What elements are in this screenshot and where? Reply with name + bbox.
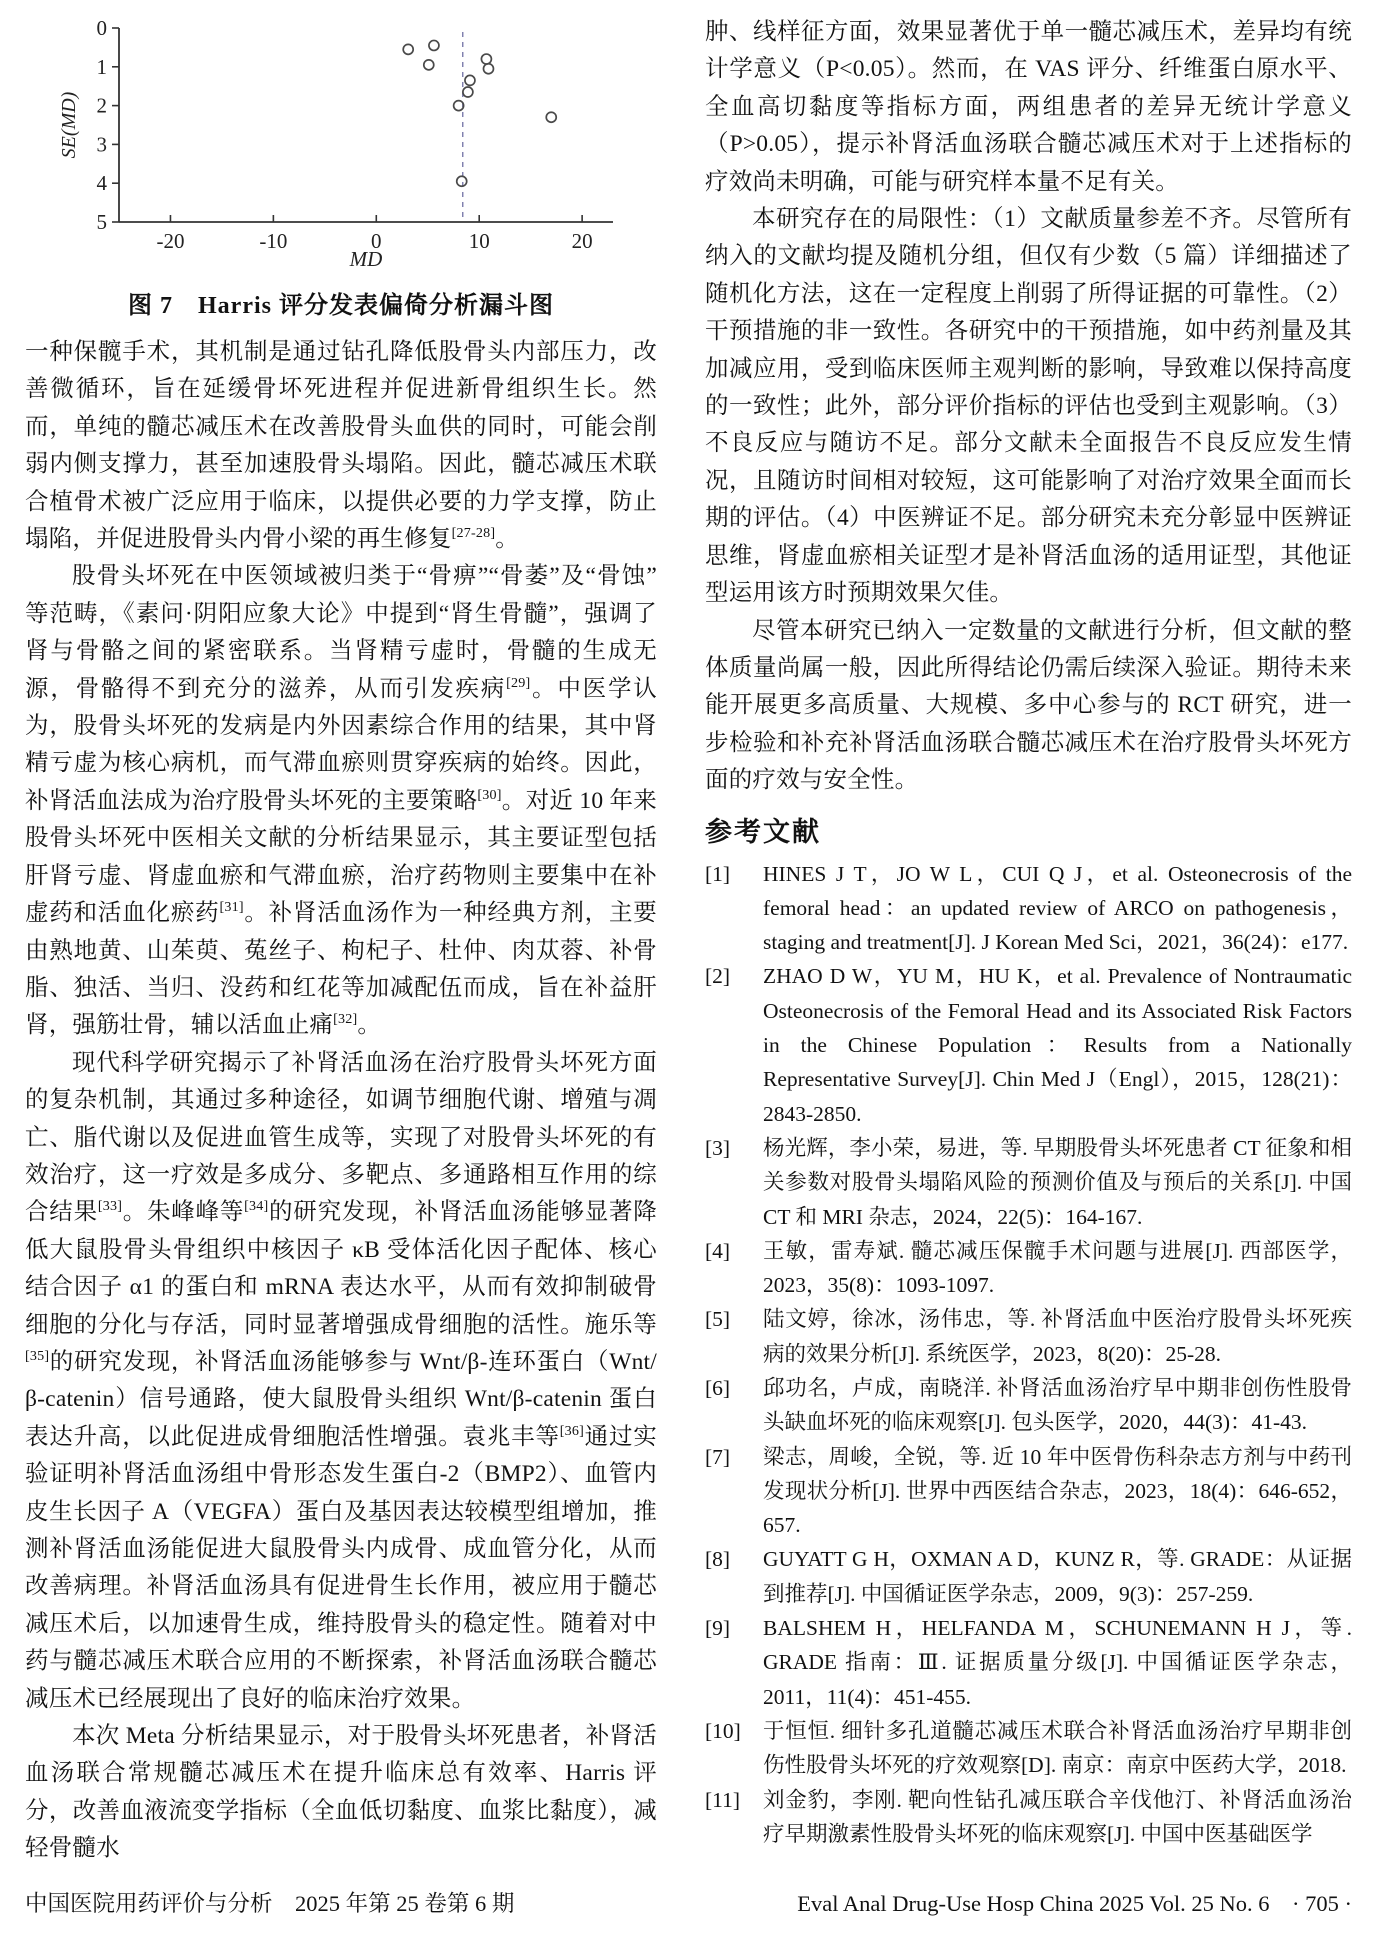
reference-number: [2] xyxy=(705,959,763,1130)
reference-number: [7] xyxy=(705,1440,763,1543)
references-heading: 参考文献 xyxy=(705,810,1352,849)
study-point xyxy=(546,112,556,122)
reference-item: [6] 邱功名，卢成，南晓洋. 补肾活血汤治疗早中期非创伤性股骨头缺血坏死的临床… xyxy=(705,1371,1352,1440)
reference-item: [3] 杨光辉，李小荣，易进，等. 早期股骨头坏死患者 CT 征象和相关参数对股… xyxy=(705,1131,1352,1234)
paragraph: 尽管本研究已纳入一定数量的文献进行分析，但文献的整体质量尚属一般，因此所得结论仍… xyxy=(705,613,1352,800)
funnel-plot-svg: 012345-20-1001020SE(MD)MD xyxy=(53,14,638,272)
reference-number: [8] xyxy=(705,1542,763,1611)
reference-item: [10] 于恒恒. 细针多孔道髓芯减压术联合补肾活血汤治疗早期非创伤性股骨头坏死… xyxy=(705,1714,1352,1783)
reference-text: 邱功名，卢成，南晓洋. 补肾活血汤治疗早中期非创伤性股骨头缺血坏死的临床观察[J… xyxy=(763,1371,1352,1440)
reference-item: [8] GUYATT G H，OXMAN A D，KUNZ R，等. GRADE… xyxy=(705,1542,1352,1611)
y-tick-label: 1 xyxy=(97,55,108,79)
study-point xyxy=(465,75,475,85)
reference-text: 梁志，周峻，全锐，等. 近 10 年中医骨伤科杂志方剂与中药刊发现状分析[J].… xyxy=(763,1440,1352,1543)
footer-journal-title-en-page: Eval Anal Drug-Use Hosp China 2025 Vol. … xyxy=(797,1886,1352,1918)
reference-text: 刘金豹，李刚. 靶向性钻孔减压联合辛伐他汀、补肾活血汤治疗早期激素性股骨头坏死的… xyxy=(763,1783,1352,1852)
y-tick-label: 2 xyxy=(97,94,108,118)
reference-text: 于恒恒. 细针多孔道髓芯减压术联合补肾活血汤治疗早期非创伤性股骨头坏死的疗效观察… xyxy=(763,1714,1352,1783)
reference-number: [11] xyxy=(705,1783,763,1852)
paragraph: 本研究存在的局限性：（1）文献质量参差不齐。尽管所有纳入的文献均提及随机分组，但… xyxy=(705,201,1352,612)
references-list: [1] HINES J T，JO W L，CUI Q J，et al. Oste… xyxy=(705,857,1352,1852)
x-tick-label: -20 xyxy=(156,229,184,253)
reference-number: [10] xyxy=(705,1714,763,1783)
reference-item: [2] ZHAO D W，YU M，HU K，et al. Prevalence… xyxy=(705,959,1352,1130)
reference-text: GUYATT G H，OXMAN A D，KUNZ R，等. GRADE：从证据… xyxy=(763,1542,1352,1611)
reference-item: [1] HINES J T，JO W L，CUI Q J，et al. Oste… xyxy=(705,857,1352,960)
reference-item: [9] BALSHEM H，HELFANDA M，SCHUNEMANN H J，… xyxy=(705,1611,1352,1714)
paragraph: 肿、线样征方面，效果显著优于单一髓芯减压术，差异均有统计学意义（P<0.05）。… xyxy=(705,14,1352,201)
reference-text: 陆文婷，徐冰，汤伟忠，等. 补肾活血中医治疗股骨头坏死疾病的效果分析[J]. 系… xyxy=(763,1302,1352,1371)
reference-text: 王敏，雷寿斌. 髓芯减压保髋手术问题与进展[J]. 西部医学，2023，35(8… xyxy=(763,1234,1352,1303)
paragraph: 本次 Meta 分析结果显示，对于股骨头坏死患者，补肾活血汤联合常规髓芯减压术在… xyxy=(25,1718,657,1868)
x-tick-label: 20 xyxy=(572,229,593,253)
reference-number: [1] xyxy=(705,857,763,960)
y-tick-label: 4 xyxy=(97,171,108,195)
study-point xyxy=(429,40,439,50)
paragraph: 现代科学研究揭示了补肾活血汤在治疗股骨头坏死方面的复杂机制，其通过多种途径，如调… xyxy=(25,1045,657,1718)
reference-text: ZHAO D W，YU M，HU K，et al. Prevalence of … xyxy=(763,959,1352,1130)
footer-journal-title-cn: 中国医院用药评价与分析 2025 年第 25 卷第 6 期 xyxy=(25,1886,514,1918)
two-column-layout: 012345-20-1001020SE(MD)MD 图 7 Harris 评分发… xyxy=(25,14,1352,1868)
study-point xyxy=(457,176,467,186)
study-point xyxy=(463,87,473,97)
page-footer: 中国医院用药评价与分析 2025 年第 25 卷第 6 期 Eval Anal … xyxy=(25,1886,1352,1918)
right-column-text: 肿、线样征方面，效果显著优于单一髓芯减压术，差异均有统计学意义（P<0.05）。… xyxy=(705,14,1352,800)
funnel-plot-chart: 012345-20-1001020SE(MD)MD xyxy=(53,14,657,277)
paragraph: 股骨头坏死在中医领域被归类于“骨痹”“骨萎”及“骨蚀”等范畴，《素问·阴阳应象大… xyxy=(25,558,657,1044)
reference-item: [7] 梁志，周峻，全锐，等. 近 10 年中医骨伤科杂志方剂与中药刊发现状分析… xyxy=(705,1440,1352,1543)
reference-item: [4] 王敏，雷寿斌. 髓芯减压保髋手术问题与进展[J]. 西部医学，2023，… xyxy=(705,1234,1352,1303)
left-column-text: 一种保髋手术，其机制是通过钻孔降低股骨头内部压力，改善微循环，旨在延缓骨坏死进程… xyxy=(25,334,657,1868)
study-point xyxy=(403,44,413,54)
journal-page: 012345-20-1001020SE(MD)MD 图 7 Harris 评分发… xyxy=(0,0,1375,1940)
study-point xyxy=(483,64,493,74)
reference-number: [9] xyxy=(705,1611,763,1714)
y-tick-label: 3 xyxy=(97,132,108,156)
reference-text: 杨光辉，李小荣，易进，等. 早期股骨头坏死患者 CT 征象和相关参数对股骨头塌陷… xyxy=(763,1131,1352,1234)
study-point xyxy=(424,60,434,70)
left-column: 012345-20-1001020SE(MD)MD 图 7 Harris 评分发… xyxy=(25,14,657,1868)
reference-item: [11] 刘金豹，李刚. 靶向性钻孔减压联合辛伐他汀、补肾活血汤治疗早期激素性股… xyxy=(705,1783,1352,1852)
paragraph: 一种保髋手术，其机制是通过钻孔降低股骨头内部压力，改善微循环，旨在延缓骨坏死进程… xyxy=(25,334,657,558)
reference-number: [4] xyxy=(705,1234,763,1303)
reference-text: BALSHEM H，HELFANDA M，SCHUNEMANN H J，等. G… xyxy=(763,1611,1352,1714)
figure-caption: 图 7 Harris 评分发表偏倚分析漏斗图 xyxy=(25,285,657,320)
x-tick-label: 10 xyxy=(469,229,490,253)
y-tick-label: 0 xyxy=(97,16,108,40)
x-axis-label: MD xyxy=(349,247,383,271)
reference-number: [5] xyxy=(705,1302,763,1371)
funnel-plot-figure: 012345-20-1001020SE(MD)MD 图 7 Harris 评分发… xyxy=(25,14,657,320)
reference-number: [3] xyxy=(705,1131,763,1234)
reference-item: [5] 陆文婷，徐冰，汤伟忠，等. 补肾活血中医治疗股骨头坏死疾病的效果分析[J… xyxy=(705,1302,1352,1371)
right-column: 肿、线样征方面，效果显著优于单一髓芯减压术，差异均有统计学意义（P<0.05）。… xyxy=(705,14,1352,1868)
x-tick-label: -10 xyxy=(259,229,287,253)
study-point xyxy=(481,54,491,64)
reference-text: HINES J T，JO W L，CUI Q J，et al. Osteonec… xyxy=(763,857,1352,960)
reference-number: [6] xyxy=(705,1371,763,1440)
y-axis-label: SE(MD) xyxy=(58,91,80,158)
y-tick-label: 5 xyxy=(97,210,108,234)
